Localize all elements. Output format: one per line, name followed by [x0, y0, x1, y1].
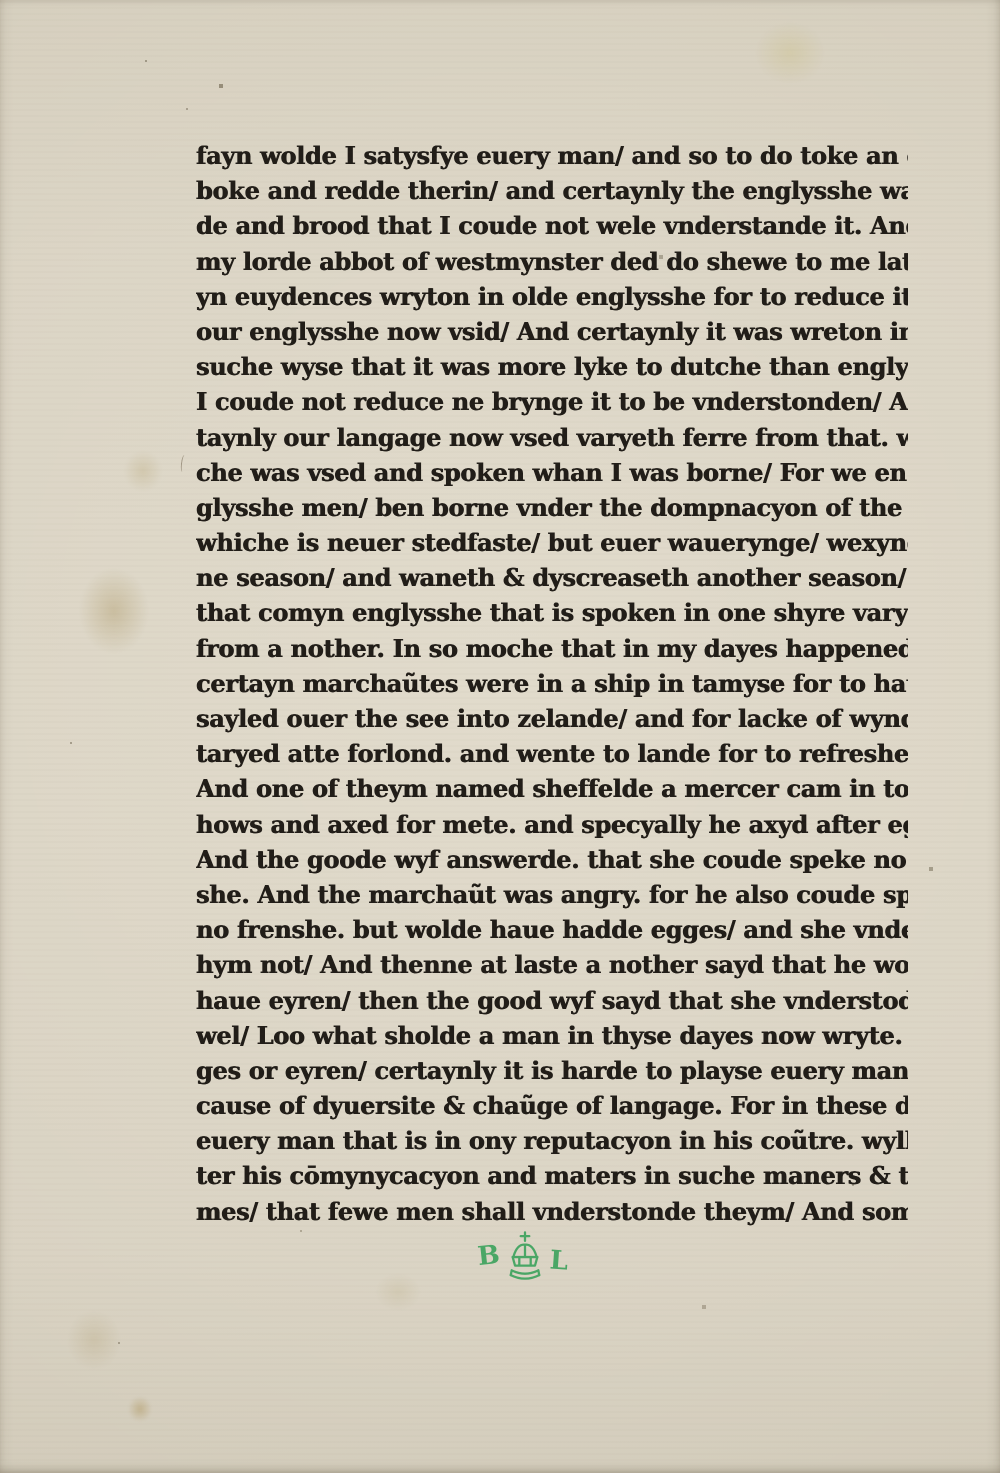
text-line: And one of theym named sheffelde a merce…	[196, 771, 908, 806]
crown-icon	[506, 1231, 544, 1285]
paper-stain	[366, 1266, 430, 1318]
text-line: hows and axed for mete. and specyally he…	[196, 807, 908, 842]
text-line: wel/ Loo what sholde a man in thyse daye…	[196, 1018, 908, 1053]
text-line: ges or eyren/ certaynly it is harde to p…	[196, 1053, 908, 1088]
text-line: taryed atte forlond. and wente to lande …	[196, 736, 908, 771]
stamp-letter-b: B	[476, 1242, 501, 1270]
text-line: haue eyren/ then the good wyf sayd that …	[196, 983, 908, 1018]
margin-mark	[180, 455, 187, 472]
text-line: de and brood that I coude not wele vnder…	[196, 208, 908, 243]
text-line: boke and redde therin/ and certaynly the…	[196, 173, 908, 208]
text-line: I coude not reduce ne brynge it to be vn…	[196, 384, 908, 419]
text-line: cause of dyuersite & chaũge of langage. …	[196, 1088, 908, 1123]
text-line: that comyn englysshe that is spoken in o…	[196, 595, 908, 630]
paper-specks	[0, 0, 2, 2]
text-line: whiche is neuer stedfaste/ but euer waue…	[196, 525, 908, 560]
text-line: certayn marchaũtes were in a ship in tam…	[196, 666, 908, 701]
text-line: she. And the marchaũt was angry. for he …	[196, 877, 908, 912]
text-line: mes/ that fewe men shall vnderstonde the…	[196, 1194, 908, 1229]
text-line: fayn wolde I satysfye euery man/ and so …	[196, 138, 908, 173]
text-line: ne season/ and waneth & dyscreaseth anot…	[196, 560, 908, 595]
paper-stain	[56, 1298, 132, 1382]
text-line: my lorde abbot of westmynster ded do she…	[196, 244, 908, 279]
manuscript-page: fayn wolde I satysfye euery man/ and so …	[0, 0, 1000, 1473]
paper-stain	[116, 442, 170, 500]
text-line: hym not/ And thenne at laste a nother sa…	[196, 947, 908, 982]
text-line: euery man that is in ony reputacyon in h…	[196, 1123, 908, 1158]
text-line: yn euydences wryton in olde englysshe fo…	[196, 279, 908, 314]
library-stamp: B L	[478, 1231, 568, 1285]
paper-stain	[66, 552, 162, 670]
text-line: ter his cōmynycacyon and maters in suche…	[196, 1158, 908, 1193]
text-block: fayn wolde I satysfye euery man/ and so …	[196, 138, 908, 1229]
text-line: from a nother. In so moche that in my da…	[196, 631, 908, 666]
text-line: And the goode wyf answerde. that she cou…	[196, 842, 908, 877]
text-line: our englysshe now vsid/ And certaynly it…	[196, 314, 908, 349]
text-line: no frenshe. but wolde haue hadde egges/ …	[196, 912, 908, 947]
paper-stain	[124, 1392, 156, 1426]
text-line: suche wyse that it was more lyke to dutc…	[196, 349, 908, 384]
stamp-letter-l: L	[549, 1247, 569, 1274]
text-line: glysshe men/ ben borne vnder the dompnac…	[196, 490, 908, 525]
text-line: taynly our langage now vsed varyeth ferr…	[196, 420, 908, 455]
text-line: sayled ouer the see into zelande/ and fo…	[196, 701, 908, 736]
text-line: che was vsed and spoken whan I was borne…	[196, 455, 908, 490]
paper-stain	[742, 10, 838, 96]
